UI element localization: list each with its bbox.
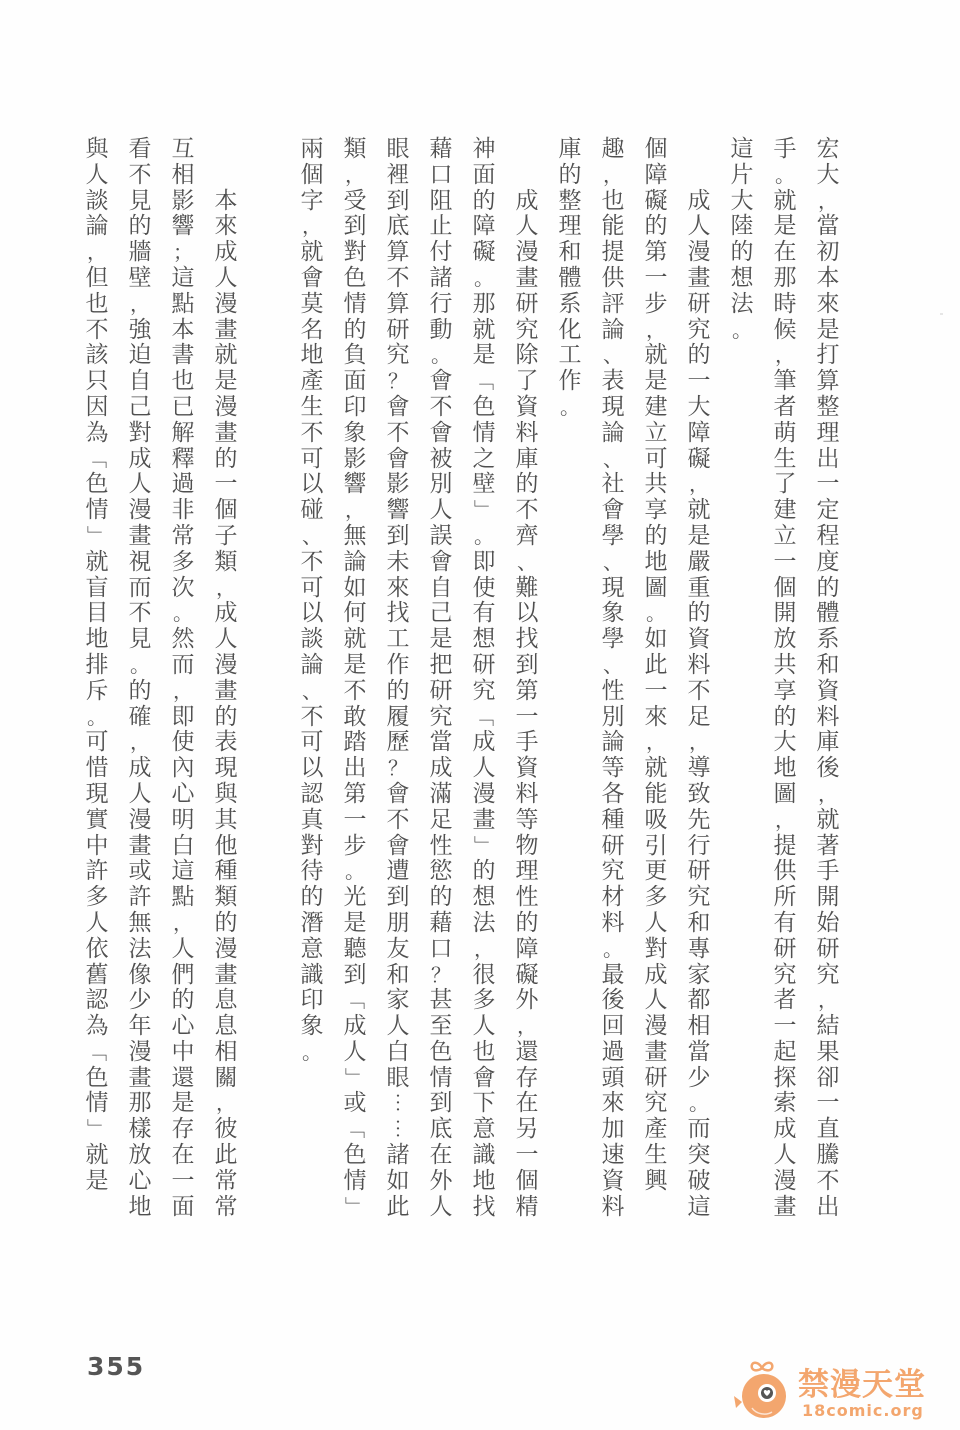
text-char: 已 xyxy=(168,395,198,421)
text-char: 會 xyxy=(426,550,456,576)
text-char: 手 xyxy=(512,730,542,756)
text-char: 而 xyxy=(168,653,198,679)
text-char: 情 xyxy=(340,1169,370,1195)
text-char: 強 xyxy=(125,318,155,344)
text-char: 印 xyxy=(297,988,327,1014)
text-char: 個 xyxy=(770,576,800,602)
text-char: 。 xyxy=(168,601,198,627)
text-char: 的 xyxy=(426,885,456,911)
text-char: 會 xyxy=(383,782,413,808)
text-char: 別 xyxy=(426,472,456,498)
text-char: 、 xyxy=(598,550,628,576)
text-char: 響 xyxy=(168,214,198,240)
text-char: 人 xyxy=(82,163,112,189)
text-char: 陸 xyxy=(727,214,757,240)
text-char: 圖 xyxy=(770,782,800,808)
text-char: 評 xyxy=(598,292,628,318)
text-char: 少 xyxy=(684,1066,714,1092)
text-char: ， xyxy=(297,214,327,240)
text-char: 對 xyxy=(641,937,671,963)
text-char: 識 xyxy=(297,963,327,989)
text-char: 影 xyxy=(383,472,413,498)
text-char: ， xyxy=(684,730,714,756)
text-char: 底 xyxy=(383,214,413,240)
text-char: 工 xyxy=(383,627,413,653)
text-char: 會 xyxy=(598,498,628,524)
text-char: 除 xyxy=(512,343,542,369)
text-char: ﹂ xyxy=(82,1117,112,1143)
text-char: 常 xyxy=(211,1169,241,1195)
text-char: 的 xyxy=(770,705,800,731)
text-char: 看 xyxy=(125,137,155,163)
text-char: 依 xyxy=(82,937,112,963)
text-char: 本 xyxy=(168,318,198,344)
text-char: 礙 xyxy=(469,240,499,266)
text-char: 此 xyxy=(383,1195,413,1221)
text-char: 產 xyxy=(297,369,327,395)
text-char: ， xyxy=(813,782,843,808)
text-char: 類 xyxy=(340,137,370,163)
text-char: 該 xyxy=(82,343,112,369)
text-char: 地 xyxy=(770,756,800,782)
text-char: 名 xyxy=(297,318,327,344)
text-char: 是 xyxy=(168,1091,198,1117)
text-char: ； xyxy=(168,240,198,266)
text-char: ﹂ xyxy=(340,1195,370,1221)
text-char: 的 xyxy=(383,679,413,705)
text-char: 結 xyxy=(813,1014,843,1040)
text-char: 當 xyxy=(426,730,456,756)
text-char: 的 xyxy=(340,318,370,344)
text-char: 一 xyxy=(813,1091,843,1117)
text-char: 莫 xyxy=(297,292,327,318)
text-char: 。 xyxy=(82,705,112,731)
text-char: 著 xyxy=(813,834,843,860)
text-char: 到 xyxy=(383,189,413,215)
text-char: 還 xyxy=(512,1040,542,1066)
text-char: 第 xyxy=(340,782,370,808)
text-char: 重 xyxy=(684,576,714,602)
text-char: 點 xyxy=(168,885,198,911)
text-char: 是 xyxy=(469,343,499,369)
text-char: 等 xyxy=(598,756,628,782)
text-char: 那 xyxy=(469,292,499,318)
text-char: 了 xyxy=(512,369,542,395)
text-char: 互 xyxy=(168,137,198,163)
text-char: 壁 xyxy=(125,266,155,292)
text-char: 大 xyxy=(684,395,714,421)
text-char: 有 xyxy=(469,601,499,627)
text-char: 社 xyxy=(598,472,628,498)
text-char: 論 xyxy=(340,550,370,576)
text-char: 先 xyxy=(684,808,714,834)
text-char: 享 xyxy=(770,679,800,705)
text-char: ， xyxy=(770,343,800,369)
text-char: 很 xyxy=(469,963,499,989)
text-char: 止 xyxy=(426,214,456,240)
text-char: 無 xyxy=(340,524,370,550)
text-char: 出 xyxy=(813,447,843,473)
text-char: 口 xyxy=(426,937,456,963)
text-char: 手 xyxy=(813,859,843,885)
text-char: 斥 xyxy=(82,679,112,705)
text-char: 的 xyxy=(727,240,757,266)
text-char: 在 xyxy=(770,240,800,266)
text-char: 研 xyxy=(641,1066,671,1092)
text-char: 。 xyxy=(598,937,628,963)
text-char: 影 xyxy=(340,447,370,473)
text-char: 有 xyxy=(770,911,800,937)
text-char: 此 xyxy=(211,1143,241,1169)
text-char: 人 xyxy=(641,911,671,937)
text-char: 能 xyxy=(641,782,671,808)
text-char: 次 xyxy=(168,576,198,602)
text-char: 那 xyxy=(770,266,800,292)
text-char: 所 xyxy=(770,885,800,911)
text-char: ﹂ xyxy=(469,834,499,860)
text-char: 導 xyxy=(684,756,714,782)
text-char: 來 xyxy=(641,705,671,731)
text-char: 定 xyxy=(813,498,843,524)
text-char: 引 xyxy=(641,834,671,860)
text-column: 這片大陸的想法。 xyxy=(727,137,757,343)
text-char: 壁 xyxy=(469,472,499,498)
text-char: 最 xyxy=(598,963,628,989)
text-char: 對 xyxy=(340,240,370,266)
text-char: 初 xyxy=(813,240,843,266)
text-char: ︙ xyxy=(383,1117,413,1143)
text-char: 對 xyxy=(297,834,327,860)
text-char: 。 xyxy=(297,1040,327,1066)
text-column: 類，受到對色情的負面印象影響，無論如何就是不敢踏出第一步。光是聽到﹁成人﹂或﹁色… xyxy=(340,137,370,1220)
text-char: ？ xyxy=(426,963,456,989)
text-char: 色 xyxy=(469,395,499,421)
text-char: ， xyxy=(512,1014,542,1040)
text-char: 、 xyxy=(598,343,628,369)
text-char: 白 xyxy=(168,834,198,860)
text-char: 程 xyxy=(813,524,843,550)
text-char: 字 xyxy=(297,189,327,215)
text-char: 個 xyxy=(641,137,671,163)
text-char: 就 xyxy=(297,240,327,266)
text-char: 宏 xyxy=(813,137,843,163)
text-char: 究 xyxy=(383,343,413,369)
text-char: 使 xyxy=(168,730,198,756)
text-char: ， xyxy=(168,679,198,705)
text-char: 情 xyxy=(82,498,112,524)
text-char: 被 xyxy=(426,447,456,473)
text-char: 個 xyxy=(211,498,241,524)
text-char: 識 xyxy=(469,1143,499,1169)
text-char: 子 xyxy=(211,524,241,550)
text-char: 嚴 xyxy=(684,550,714,576)
text-char: 友 xyxy=(383,937,413,963)
text-char: 色 xyxy=(82,472,112,498)
text-char: 破 xyxy=(684,1169,714,1195)
text-char: 一 xyxy=(211,472,241,498)
text-char: 底 xyxy=(426,1117,456,1143)
text-char: 研 xyxy=(383,318,413,344)
text-char: 是 xyxy=(82,1169,112,1195)
text-char: 物 xyxy=(512,834,542,860)
text-char: 大 xyxy=(727,189,757,215)
text-char: 是 xyxy=(426,627,456,653)
text-char: 即 xyxy=(469,550,499,576)
text-char: 找 xyxy=(469,1195,499,1221)
text-char xyxy=(512,137,542,163)
text-char: 生 xyxy=(297,395,327,421)
text-char: 確 xyxy=(125,705,155,731)
text-char: 論 xyxy=(598,318,628,344)
text-char: 地 xyxy=(125,1195,155,1221)
text-char: ﹁ xyxy=(340,988,370,1014)
text-char: 漫 xyxy=(770,1169,800,1195)
text-char: ， xyxy=(598,163,628,189)
text-char: 意 xyxy=(297,937,327,963)
text-char: ， xyxy=(641,318,671,344)
text-char: 、 xyxy=(598,653,628,679)
text-char: ， xyxy=(641,730,671,756)
text-char: 興 xyxy=(641,1169,671,1195)
text-char: 個 xyxy=(512,1169,542,1195)
text-char: 以 xyxy=(297,756,327,782)
text-char: 畫 xyxy=(469,808,499,834)
text-column: 與人談論，但也不該只因為﹁色情﹂就盲目地排斥。可惜現實中許多人依舊認為﹁色情﹂就… xyxy=(82,137,112,1195)
text-char: 然 xyxy=(168,627,198,653)
text-char: 論 xyxy=(598,421,628,447)
text-char: 會 xyxy=(383,834,413,860)
text-char: 庫 xyxy=(813,730,843,756)
text-char: 理 xyxy=(555,214,585,240)
text-char: 來 xyxy=(383,576,413,602)
text-column: 神面的障礙。那就是﹁色情之壁﹂。即使有想研究﹁成人漫畫﹂的想法，很多人也會下意識… xyxy=(469,137,499,1220)
vertical-text-body: 宏大，當初本來是打算整理出一定程度的體系和資料庫後，就著手開始研究，結果卻一直騰… xyxy=(0,0,960,1300)
scan-artifact-mark xyxy=(940,313,943,315)
text-char: 家 xyxy=(684,963,714,989)
text-char: 第 xyxy=(641,240,671,266)
text-char: 會 xyxy=(426,421,456,447)
text-char: 各 xyxy=(598,782,628,808)
text-char: 不 xyxy=(125,163,155,189)
text-char: 到 xyxy=(383,524,413,550)
text-char: 就 xyxy=(813,808,843,834)
text-char: 理 xyxy=(512,859,542,885)
text-char: 不 xyxy=(297,421,327,447)
text-char: 談 xyxy=(297,627,327,653)
text-char: 相 xyxy=(684,1014,714,1040)
text-char: 圖 xyxy=(641,576,671,602)
text-char: ， xyxy=(340,498,370,524)
text-char: 為 xyxy=(82,1014,112,1040)
text-char: 者 xyxy=(770,395,800,421)
text-char: ， xyxy=(469,937,499,963)
text-char: 人 xyxy=(684,214,714,240)
text-char: 後 xyxy=(598,988,628,1014)
text-char: 色 xyxy=(340,1143,370,1169)
text-char: 履 xyxy=(383,705,413,731)
text-char: ， xyxy=(82,240,112,266)
text-char: 作 xyxy=(555,369,585,395)
text-char: 就 xyxy=(684,498,714,524)
text-char: 表 xyxy=(598,369,628,395)
text-char: 成 xyxy=(125,447,155,473)
text-char: 心 xyxy=(125,1169,155,1195)
text-char: 究 xyxy=(598,859,628,885)
text-char: 就 xyxy=(211,343,241,369)
text-char: ﹁ xyxy=(82,447,112,473)
text-char: 漫 xyxy=(125,498,155,524)
text-char: 但 xyxy=(82,266,112,292)
text-char: 的 xyxy=(125,679,155,705)
text-char: 的 xyxy=(125,214,155,240)
text-char: 漫 xyxy=(211,653,241,679)
text-char: 多 xyxy=(168,550,198,576)
text-char: 就 xyxy=(469,318,499,344)
text-char: 一 xyxy=(641,266,671,292)
text-char: 的 xyxy=(469,189,499,215)
text-char: 對 xyxy=(125,421,155,447)
text-char: 與 xyxy=(82,137,112,163)
text-char: 的 xyxy=(684,343,714,369)
text-char: 別 xyxy=(598,705,628,731)
text-char: 不 xyxy=(813,1169,843,1195)
text-char: 存 xyxy=(168,1117,198,1143)
text-char: 現 xyxy=(598,395,628,421)
text-char: 片 xyxy=(727,163,757,189)
text-char: 的 xyxy=(211,911,241,937)
text-char: 研 xyxy=(813,937,843,963)
text-char: 就 xyxy=(82,550,112,576)
text-char: 開 xyxy=(813,885,843,911)
text-char: 聽 xyxy=(340,937,370,963)
text-char: 成 xyxy=(125,756,155,782)
text-char: 都 xyxy=(684,988,714,1014)
text-char: 遭 xyxy=(383,859,413,885)
text-char: 成 xyxy=(684,189,714,215)
text-char: 打 xyxy=(813,343,843,369)
text-char: 。 xyxy=(555,395,585,421)
text-char: 到 xyxy=(426,1091,456,1117)
text-char: 研 xyxy=(684,859,714,885)
text-column: 成人漫畫研究除了資料庫的不齊、難以找到第一手資料等物理性的障礙外，還存在另一個精 xyxy=(512,137,542,1220)
text-char: 朋 xyxy=(383,911,413,937)
text-char: 步 xyxy=(641,292,671,318)
text-char: 畫 xyxy=(211,421,241,447)
text-char: 就 xyxy=(641,343,671,369)
text-char: 不 xyxy=(297,705,327,731)
text-char: 當 xyxy=(813,214,843,240)
text-char: 或 xyxy=(125,859,155,885)
text-char: 自 xyxy=(125,369,155,395)
text-char: 可 xyxy=(297,447,327,473)
text-char: 過 xyxy=(598,1040,628,1066)
text-char: 法 xyxy=(727,292,757,318)
text-char: 會 xyxy=(297,266,327,292)
text-char: 家 xyxy=(383,988,413,1014)
text-char: 整 xyxy=(555,189,585,215)
text-char: ， xyxy=(211,576,241,602)
text-char: 兩 xyxy=(297,137,327,163)
text-char: 像 xyxy=(125,963,155,989)
text-char: 使 xyxy=(469,576,499,602)
text-char: ， xyxy=(211,1091,241,1117)
text-char: 常 xyxy=(168,524,198,550)
text-char: 白 xyxy=(383,1040,413,1066)
text-char: 多 xyxy=(469,988,499,1014)
text-char: 想 xyxy=(469,885,499,911)
text-char: 書 xyxy=(168,343,198,369)
text-char: 過 xyxy=(168,472,198,498)
text-char: 如 xyxy=(383,1169,413,1195)
text-char: 視 xyxy=(125,550,155,576)
text-char: 一 xyxy=(512,705,542,731)
text-char: 面 xyxy=(469,163,499,189)
text-char: 步 xyxy=(340,834,370,860)
text-char: 人 xyxy=(770,1143,800,1169)
text-char: 種 xyxy=(211,859,241,885)
text-char: 面 xyxy=(340,369,370,395)
text-char: 出 xyxy=(813,1195,843,1221)
text-char: 人 xyxy=(426,1195,456,1221)
text-char: 談 xyxy=(82,189,112,215)
text-char: 是 xyxy=(770,214,800,240)
text-char: 和 xyxy=(684,911,714,937)
text-char: 象 xyxy=(598,601,628,627)
text-char: 慾 xyxy=(426,859,456,885)
text-char: 畫 xyxy=(641,1040,671,1066)
text-char: 礙 xyxy=(684,447,714,473)
text-char: 難 xyxy=(512,576,542,602)
text-char: 材 xyxy=(598,885,628,911)
text-char: 就 xyxy=(340,627,370,653)
text-char: 當 xyxy=(684,1040,714,1066)
text-char: ﹂ xyxy=(469,498,499,524)
text-char: 大 xyxy=(770,730,800,756)
text-char: 少 xyxy=(125,988,155,1014)
text-char: 待 xyxy=(297,859,327,885)
text-char: 足 xyxy=(426,808,456,834)
text-char: 作 xyxy=(383,653,413,679)
text-char: 回 xyxy=(598,1014,628,1040)
text-char: 料 xyxy=(598,1195,628,1221)
text-char: 畫 xyxy=(684,266,714,292)
text-char: 相 xyxy=(211,1040,241,1066)
text-char: 共 xyxy=(641,472,671,498)
text-char: 這 xyxy=(168,266,198,292)
text-char: 人 xyxy=(641,988,671,1014)
text-char: 到 xyxy=(340,963,370,989)
text-char: 是 xyxy=(340,911,370,937)
text-char: 生 xyxy=(770,447,800,473)
text-char: 不 xyxy=(512,498,542,524)
text-char: 真 xyxy=(297,808,327,834)
text-char: 卻 xyxy=(813,1066,843,1092)
text-char: 的 xyxy=(555,163,585,189)
text-char: 眼 xyxy=(383,1066,413,1092)
text-char: 非 xyxy=(168,498,198,524)
text-column: 本來成人漫畫就是漫畫的一個子類，成人漫畫的表現與其他種類的漫畫息息相關，彼此常常 xyxy=(211,137,241,1220)
text-char: 成 xyxy=(426,756,456,782)
text-char: 料 xyxy=(684,653,714,679)
text-char: 產 xyxy=(641,1117,671,1143)
text-char: 、 xyxy=(512,550,542,576)
text-char: 人 xyxy=(340,1040,370,1066)
text-char: 漫 xyxy=(211,292,241,318)
text-char: 一 xyxy=(641,679,671,705)
text-char: 性 xyxy=(598,679,628,705)
text-column: 趣，也能提供評論、表現論、社會學、現象學、性別論等各種研究材料。最後回過頭來加速… xyxy=(598,137,628,1220)
text-char: 未 xyxy=(383,550,413,576)
